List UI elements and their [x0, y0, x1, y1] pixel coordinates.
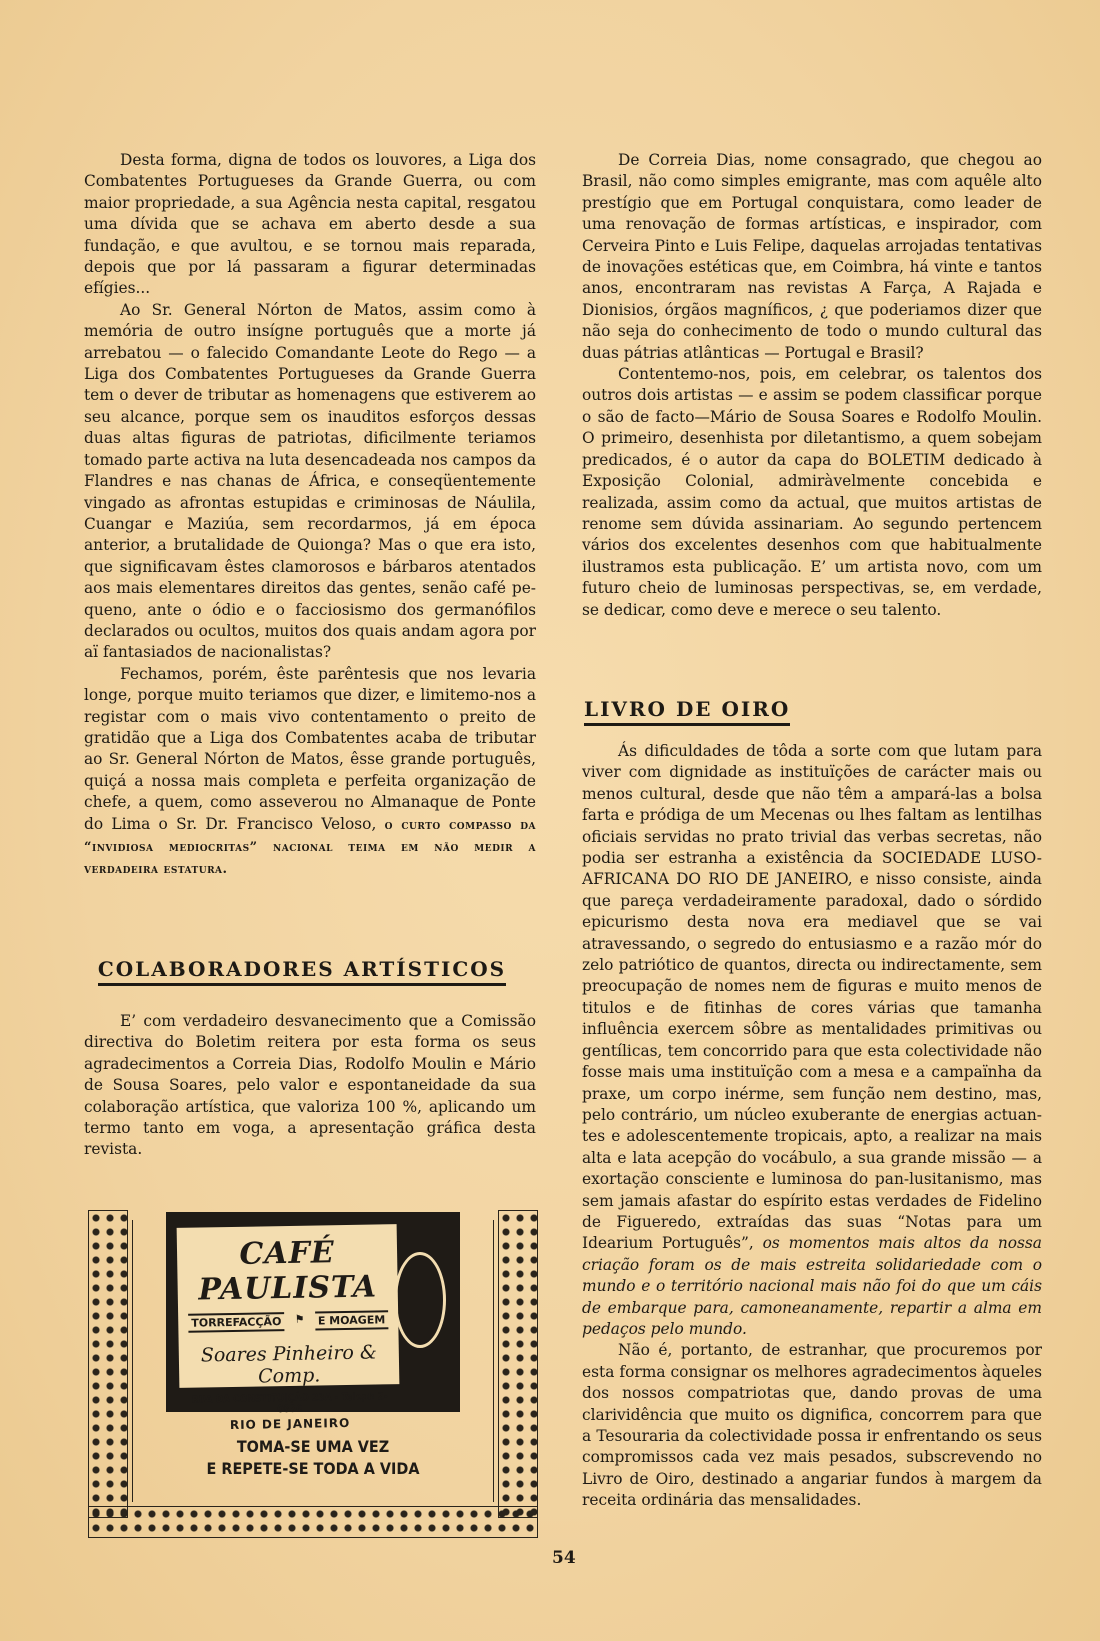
heading-colaboradores-wrap: COLABORADORES ARTÍSTICOS	[84, 957, 520, 986]
ad-subtitle-row: TORREFACÇÃO ⚑ E MOAGEM	[178, 1304, 398, 1333]
paragraph-nao-e-portanto: Não é, portanto, de estranhar, que procu…	[582, 1340, 1042, 1511]
ad-brand-name: CAFÉ PAULISTA	[177, 1234, 398, 1308]
page-number: 54	[552, 1548, 576, 1568]
paragraph-liga: Desta forma, digna de todos os louvores,…	[84, 150, 536, 300]
paragraph-correia-dias: De Correia Dias, nome consagrado, que ch…	[582, 150, 1042, 364]
livro-de-oiro-section: Ás dificuldades de tôda a sorte com que …	[582, 741, 1042, 1512]
ad-slogan: TOMA-SE UMA VEZ E REPETE-SE TODA A VIDA	[165, 1436, 462, 1480]
heading-livro-de-oiro: LIVRO DE OIRO	[584, 697, 790, 726]
ad-address: RUA DA CONSTITUIÇÃO 23A - Teleph 2-0836	[180, 1391, 400, 1417]
paragraph-norton-de-matos: Ao Sr. General Nórton de Matos, assim co…	[84, 300, 536, 664]
paragraph-fechamos-text: Fechamos, porém, êste parêntesis que nos…	[84, 665, 536, 833]
ad-slogan-line-1: TOMA-SE UMA VEZ	[165, 1436, 462, 1458]
magazine-page: Desta forma, digna de todos os louvores,…	[0, 0, 1100, 1641]
ornamental-border-right	[498, 1210, 538, 1518]
heading-colaboradores-artisticos: COLABORADORES ARTÍSTICOS	[98, 957, 506, 986]
ad-company-name: Soares Pinheiro & Comp.	[179, 1341, 400, 1389]
seal-icon	[394, 1252, 446, 1348]
paragraph-fechamos: Fechamos, porém, êste parêntesis que nos…	[84, 664, 536, 881]
ornamental-border-left	[88, 1210, 128, 1518]
colaboradores-section: E’ com verdadeiro desvanecimento que a C…	[84, 1011, 536, 1161]
cafe-paulista-advertisement: CAFÉ PAULISTA TORREFACÇÃO ⚑ E MOAGEM Soa…	[88, 1208, 538, 1538]
flag-icon: ⚑	[292, 1312, 308, 1331]
paragraph-dificuldades: Ás dificuldades de tôda a sorte com que …	[582, 741, 1042, 1340]
paragraph-colaboradores: E’ com verdadeiro desvanecimento que a C…	[84, 1011, 536, 1161]
left-column: Desta forma, digna de todos os louvores,…	[84, 150, 536, 881]
paragraph-contentemo-nos: Contentemo-nos, pois, em celebrar, os ta…	[582, 364, 1042, 621]
coffee-package: CAFÉ PAULISTA TORREFACÇÃO ⚑ E MOAGEM Soa…	[177, 1224, 400, 1388]
right-column: De Correia Dias, nome consagrado, que ch…	[582, 150, 1042, 621]
paragraph-dificuldades-text: Ás dificuldades de tôda a sorte com que …	[582, 742, 1042, 1252]
ad-slogan-line-2: E REPETE-SE TODA A VIDA	[165, 1458, 462, 1480]
ad-illustration: CAFÉ PAULISTA TORREFACÇÃO ⚑ E MOAGEM Soa…	[166, 1212, 460, 1412]
ornamental-border-bottom	[88, 1506, 538, 1538]
ad-label-moagem: E MOAGEM	[315, 1310, 389, 1330]
ad-label-torrefaccao: TORREFACÇÃO	[188, 1312, 284, 1333]
